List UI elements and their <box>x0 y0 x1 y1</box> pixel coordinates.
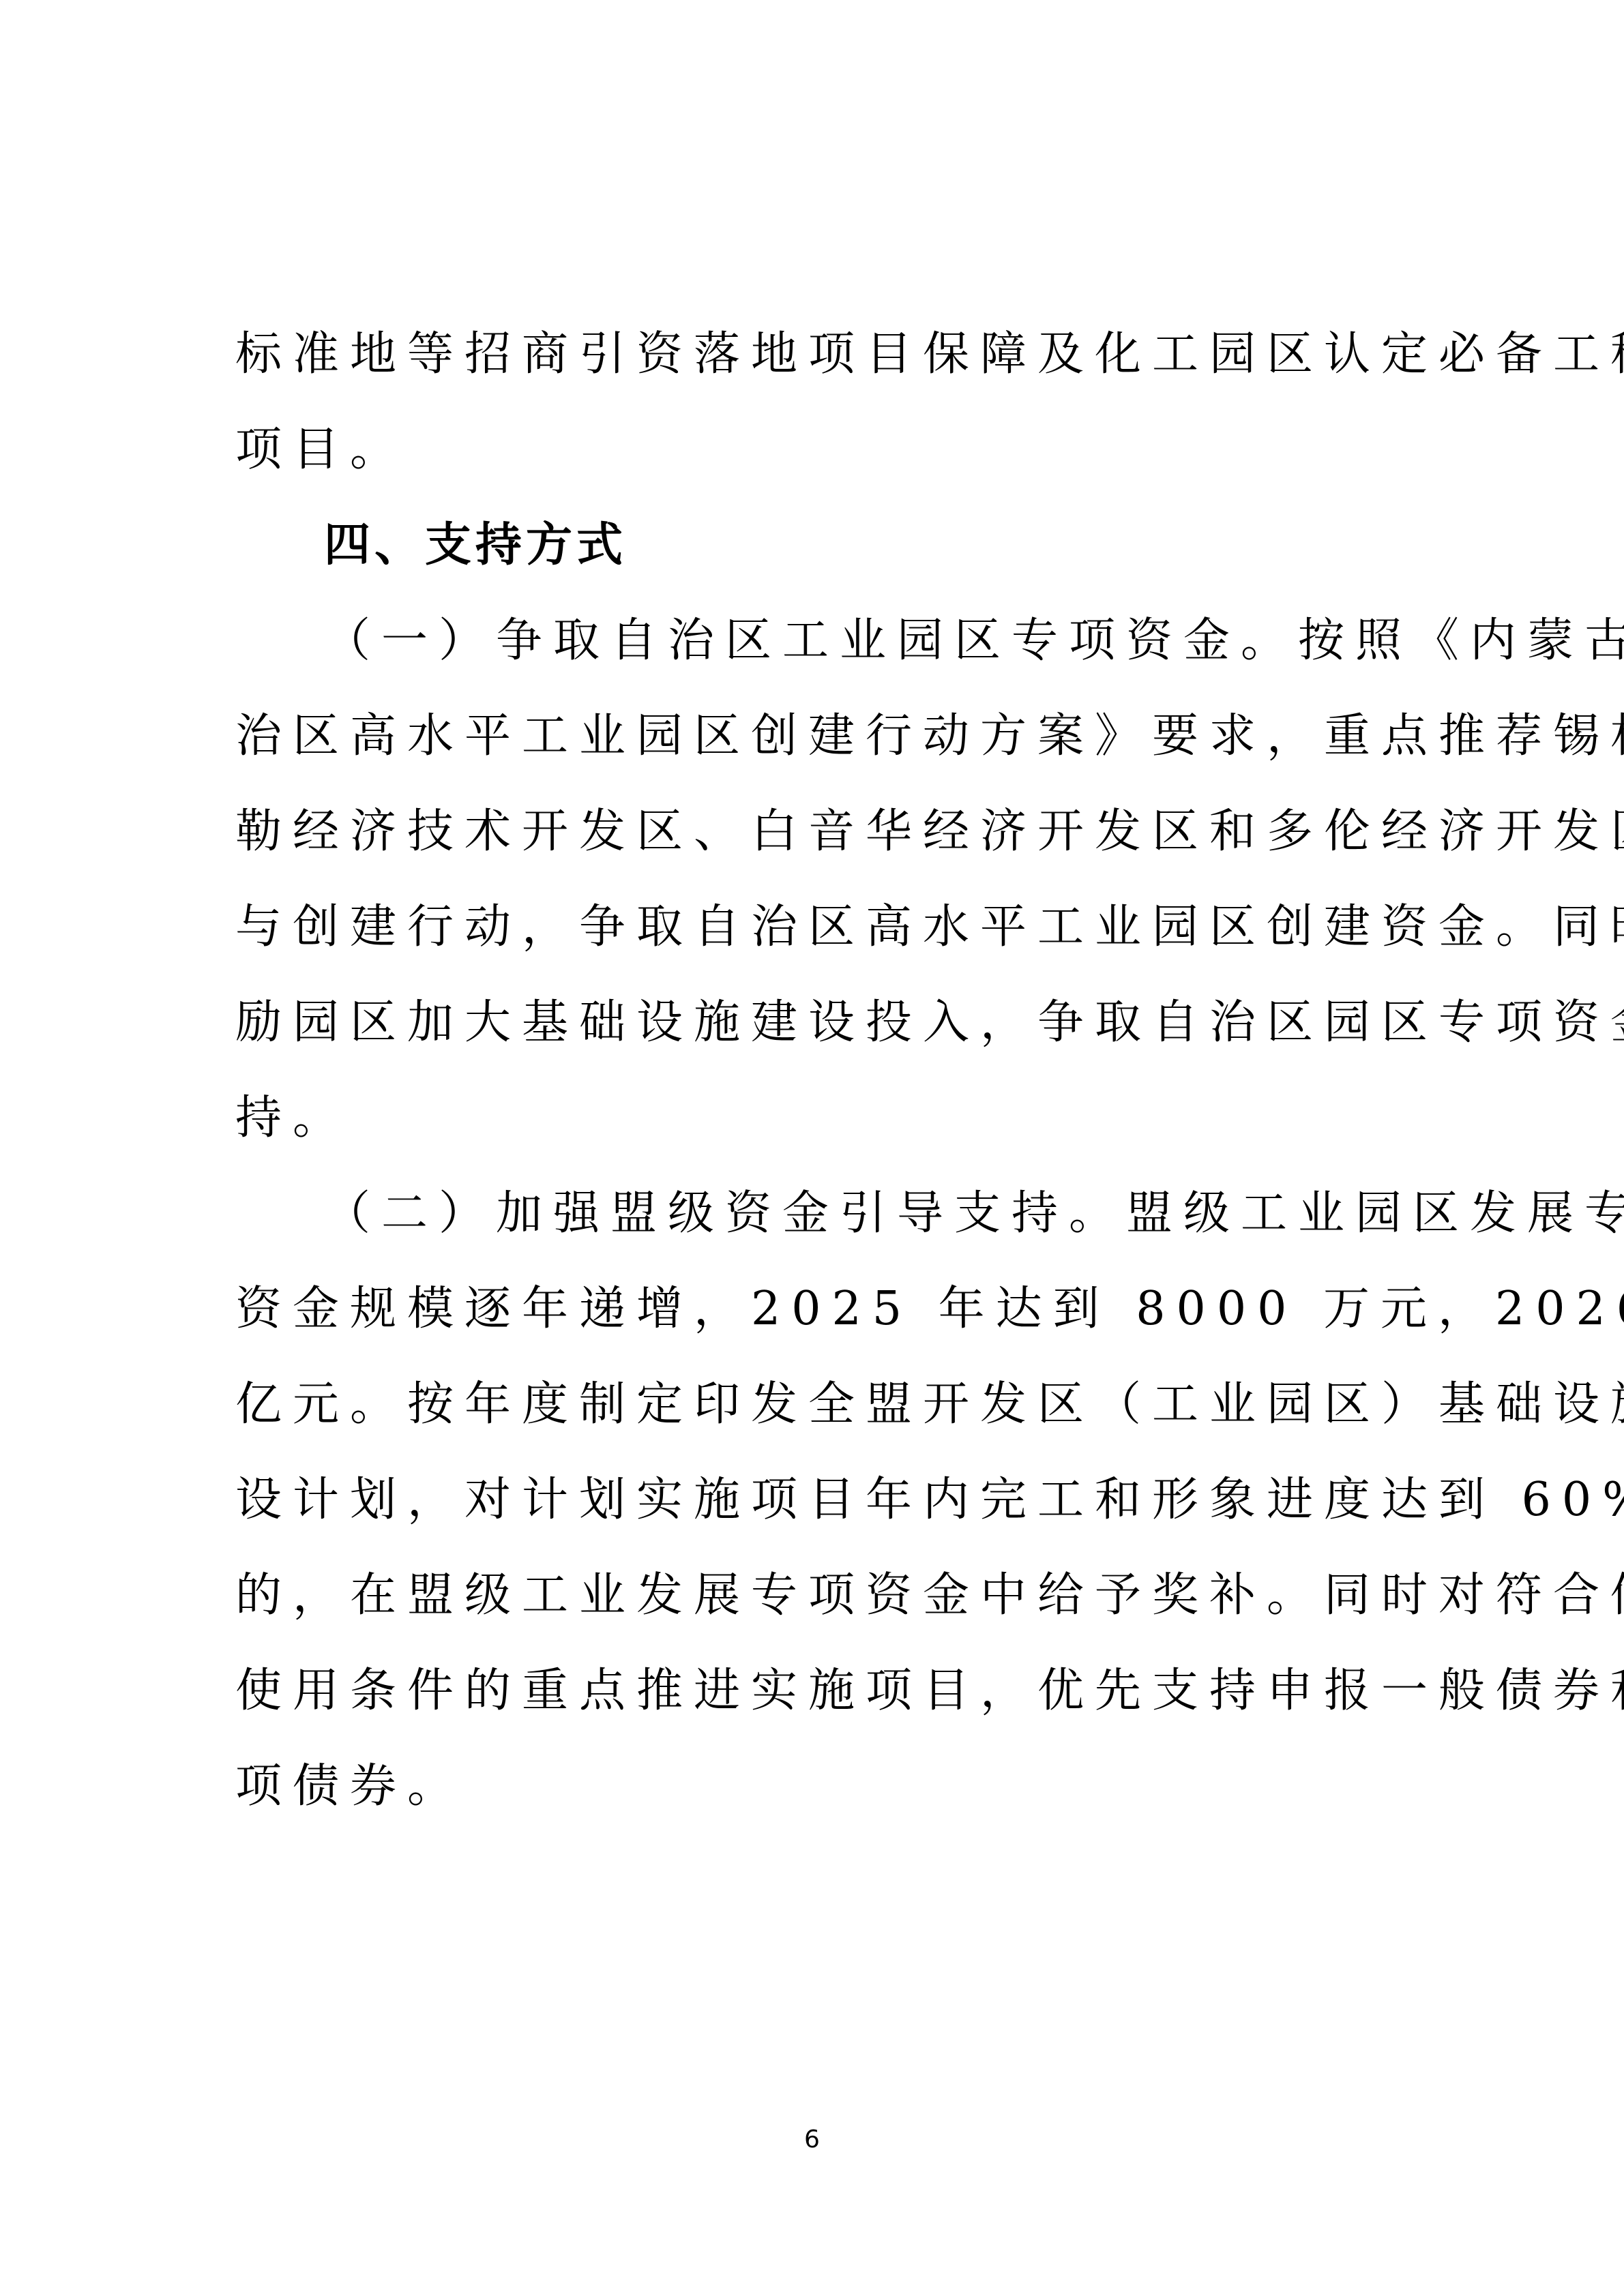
body-text-line: 标准地等招商引资落地项目保障及化工园区认定必备工程类 <box>235 326 1395 383</box>
document-page: 标准地等招商引资落地项目保障及化工园区认定必备工程类 项目。 四、支持方式 （一… <box>0 0 1624 2296</box>
body-text-line: 项目。 <box>235 421 1395 479</box>
paragraph-2-line: （二）加强盟级资金引导支持。盟级工业园区发展专项 <box>324 1185 1483 1242</box>
paragraph-1-line: 持。 <box>235 1090 1395 1147</box>
paragraph-1-line: 治区高水平工业园区创建行动方案》要求，重点推荐锡林郭 <box>235 708 1395 765</box>
section-heading: 四、支持方式 <box>324 517 1483 574</box>
paragraph-2-line: 设计划，对计划实施项目年内完工和形象进度达到 60%以上 <box>235 1472 1395 1529</box>
paragraph-1-line: 勒经济技术开发区、白音华经济开发区和多伦经济开发区参 <box>235 803 1395 861</box>
paragraph-2-line: 项债券。 <box>235 1758 1395 1815</box>
paragraph-2-line: 亿元。按年度制定印发全盟开发区（工业园区）基础设施建 <box>235 1376 1395 1433</box>
paragraph-2-line: 使用条件的重点推进实施项目，优先支持申报一般债券和专 <box>235 1663 1395 1720</box>
paragraph-2-line: 的，在盟级工业发展专项资金中给予奖补。同时对符合债券 <box>235 1567 1395 1624</box>
paragraph-1-line: 与创建行动，争取自治区高水平工业园区创建资金。同时鼓 <box>235 899 1395 956</box>
paragraph-1-line: 励园区加大基础设施建设投入，争取自治区园区专项资金支 <box>235 994 1395 1052</box>
paragraph-2-line: 资金规模逐年递增，2025 年达到 8000 万元，2026 年达到 1 <box>235 1281 1395 1338</box>
paragraph-1-line: （一）争取自治区工业园区专项资金。按照《内蒙古自 <box>324 612 1483 670</box>
page-number: 6 <box>0 2126 1624 2153</box>
